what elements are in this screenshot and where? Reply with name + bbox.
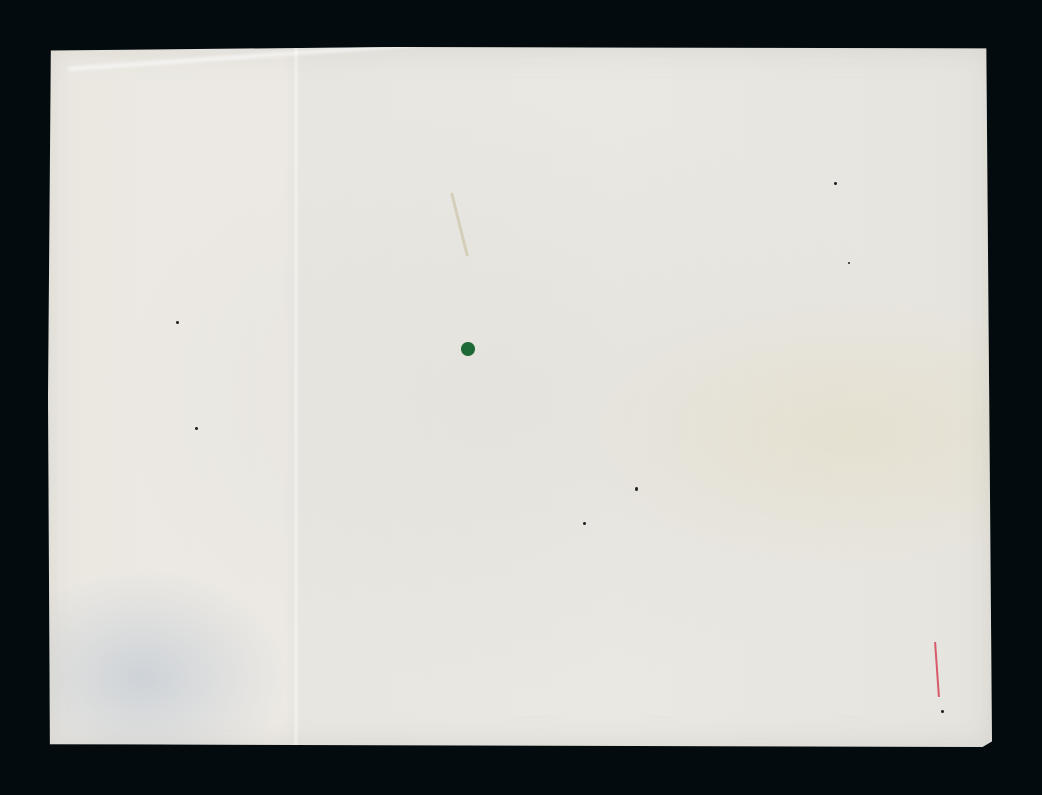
vertical-fold (293, 47, 299, 747)
speck (176, 321, 179, 324)
speck (195, 427, 198, 430)
speck (635, 487, 638, 491)
paper-fragment (48, 47, 992, 747)
speck (583, 522, 586, 525)
speck (941, 710, 944, 713)
top-crease (68, 40, 447, 70)
stain-streak (450, 193, 469, 257)
red-pencil-mark (934, 642, 940, 697)
speck (834, 182, 837, 185)
speck (848, 262, 850, 264)
green-ink-spot (461, 342, 475, 356)
